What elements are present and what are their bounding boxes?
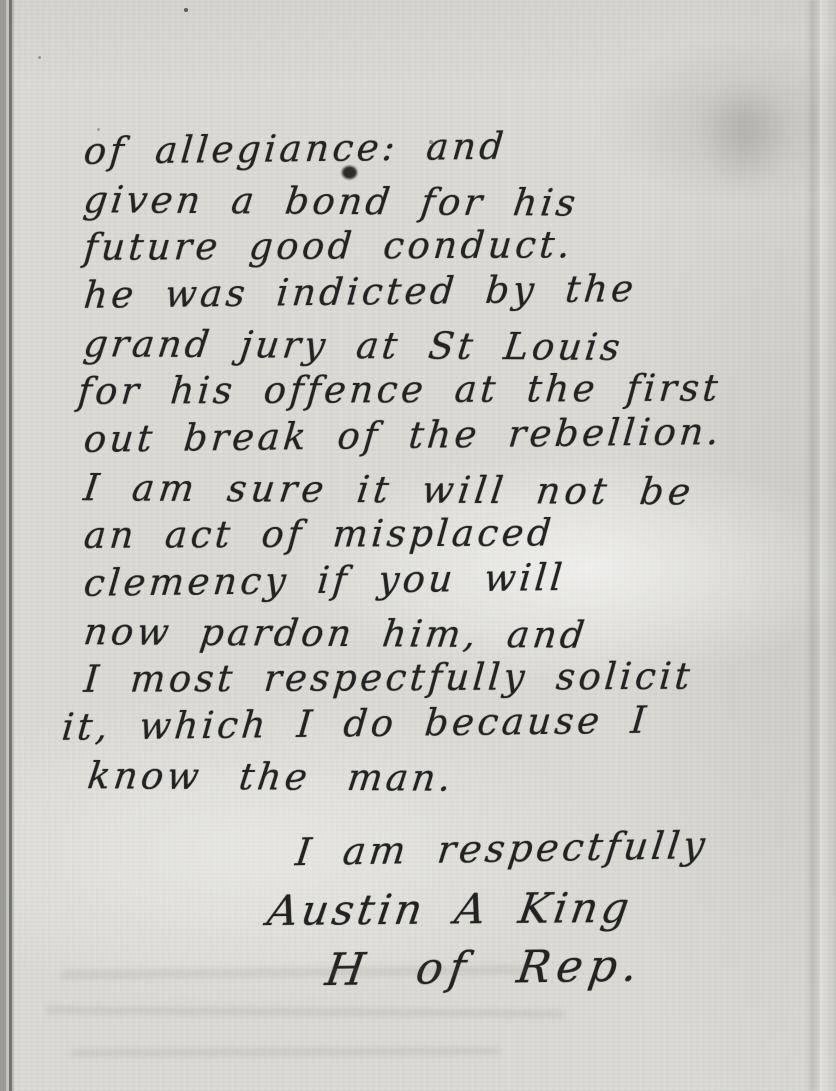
handwritten-line: he was indicted by the	[82, 263, 807, 320]
handwritten-line: it, which I do because I	[60, 695, 807, 752]
ink-speck	[184, 8, 188, 12]
ink-speck	[97, 128, 100, 131]
ink-speck	[429, 140, 433, 144]
handwritten-line: out break of the rebellion.	[82, 407, 807, 464]
handwritten-line: of allegiance: and	[82, 119, 807, 176]
handwritten-line: clemency if you will	[82, 551, 807, 608]
scanned-letter-page: of allegiance: and given a bond for his …	[0, 0, 836, 1091]
valediction-line: I am respectfully	[293, 821, 836, 874]
signature-line: Austin A King	[264, 881, 836, 935]
ink-speck	[38, 56, 41, 59]
handwritten-line: know the man.	[85, 752, 807, 805]
letter-body: of allegiance: and given a bond for his …	[84, 128, 804, 800]
bleed-through-line	[70, 1047, 500, 1057]
ink-blot	[342, 166, 357, 179]
bleed-through-line	[45, 1006, 565, 1018]
